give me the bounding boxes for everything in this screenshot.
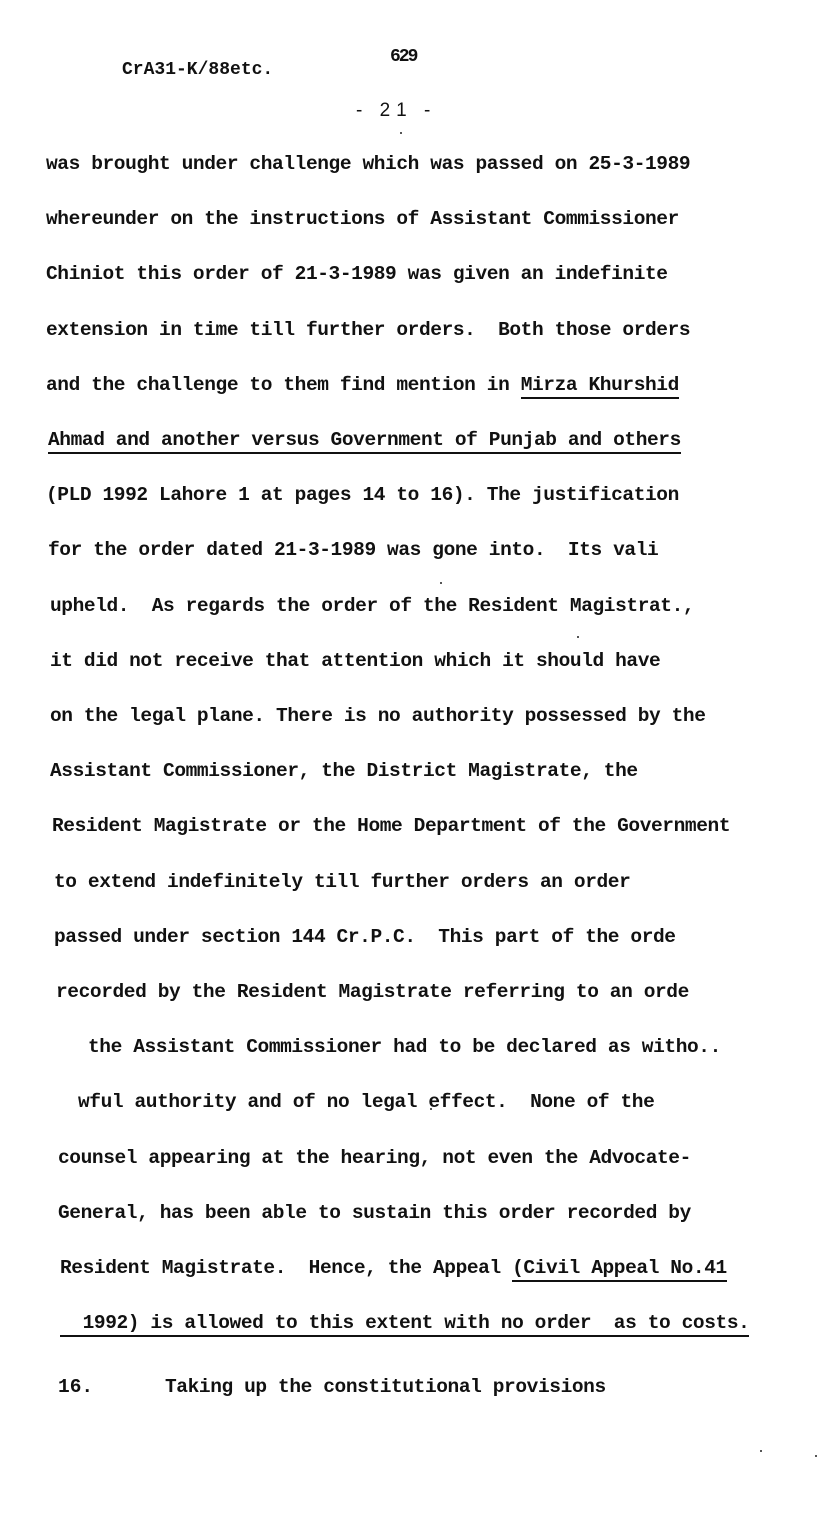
underlined-citation: 1992) is allowed to this extent with no … xyxy=(60,1312,749,1337)
document-line: to extend indefinitely till further orde… xyxy=(54,870,630,894)
document-line: wful authority and of no legal effect. N… xyxy=(78,1090,654,1114)
line-text: Assistant Commissioner, the District Mag… xyxy=(50,760,638,782)
document-line: for the order dated 21-3-1989 was gone i… xyxy=(48,538,658,562)
line-text: whereunder on the instructions of Assist… xyxy=(46,208,679,230)
document-line: the Assistant Commissioner had to be dec… xyxy=(88,1035,721,1059)
line-text: Resident Magistrate or the Home Departme… xyxy=(52,815,730,837)
document-line: whereunder on the instructions of Assist… xyxy=(46,207,679,231)
paragraph-text: Taking up the constitutional provisions xyxy=(165,1376,606,1398)
scan-speck xyxy=(815,1455,817,1457)
document-line: extension in time till further orders. B… xyxy=(46,318,690,342)
underlined-citation: Mirza Khurshid xyxy=(521,374,679,399)
document-line: Resident Magistrate. Hence, the Appeal (… xyxy=(60,1256,727,1280)
line-text: on the legal plane. There is no authorit… xyxy=(50,705,706,727)
scan-speck xyxy=(440,582,442,584)
line-text: Resident Magistrate. Hence, the Appeal xyxy=(60,1257,512,1279)
line-text: upheld. As regards the order of the Resi… xyxy=(50,595,694,617)
document-line: upheld. As regards the order of the Resi… xyxy=(50,594,694,618)
line-text: recorded by the Resident Magistrate refe… xyxy=(56,981,689,1003)
document-line: 1992) is allowed to this extent with no … xyxy=(60,1311,749,1335)
document-line: it did not receive that attention which … xyxy=(50,649,660,673)
document-line: recorded by the Resident Magistrate refe… xyxy=(56,980,689,1004)
scan-speck xyxy=(760,1450,762,1452)
scan-speck xyxy=(577,636,579,638)
document-line: passed under section 144 Cr.P.C. This pa… xyxy=(54,925,676,949)
line-text: for the order dated 21-3-1989 was gone i… xyxy=(48,539,658,561)
document-line: (PLD 1992 Lahore 1 at pages 14 to 16). T… xyxy=(46,483,679,507)
document-line: and the challenge to them find mention i… xyxy=(46,373,679,397)
line-text: and the challenge to them find mention i… xyxy=(46,374,521,396)
line-text: (PLD 1992 Lahore 1 at pages 14 to 16). T… xyxy=(46,484,679,506)
case-reference: CrA31-K/88etc. xyxy=(122,60,273,80)
stamp-number: 629 xyxy=(390,47,416,67)
line-text: Chiniot this order of 21-3-1989 was give… xyxy=(46,263,668,285)
line-text: counsel appearing at the hearing, not ev… xyxy=(58,1147,691,1169)
line-text: extension in time till further orders. B… xyxy=(46,319,690,341)
document-line: Chiniot this order of 21-3-1989 was give… xyxy=(46,262,668,286)
document-line: counsel appearing at the hearing, not ev… xyxy=(58,1146,691,1170)
document-line: on the legal plane. There is no authorit… xyxy=(50,704,706,728)
underlined-citation: Ahmad and another versus Government of P… xyxy=(48,429,681,454)
document-line: was brought under challenge which was pa… xyxy=(46,152,690,176)
line-text: passed under section 144 Cr.P.C. This pa… xyxy=(54,926,676,948)
document-line: Assistant Commissioner, the District Mag… xyxy=(50,759,638,783)
line-text: was brought under challenge which was pa… xyxy=(46,153,690,175)
paragraph-number: 16. xyxy=(58,1376,93,1398)
line-text: it did not receive that attention which … xyxy=(50,650,660,672)
underlined-citation: (Civil Appeal No.41 xyxy=(512,1257,727,1282)
scan-speck xyxy=(430,1108,432,1110)
document-line: General, has been able to sustain this o… xyxy=(58,1201,691,1225)
document-page: CrA31-K/88etc. 629 - 21 - was brought un… xyxy=(0,0,840,1540)
page-number: - 21 - xyxy=(356,100,436,122)
line-text: the Assistant Commissioner had to be dec… xyxy=(88,1036,721,1058)
line-text: General, has been able to sustain this o… xyxy=(58,1202,691,1224)
scan-speck xyxy=(400,132,402,134)
line-text: wful authority and of no legal effect. N… xyxy=(78,1091,654,1113)
document-line: Resident Magistrate or the Home Departme… xyxy=(52,814,730,838)
line-text: to extend indefinitely till further orde… xyxy=(54,871,630,893)
document-line: Ahmad and another versus Government of P… xyxy=(48,428,681,452)
